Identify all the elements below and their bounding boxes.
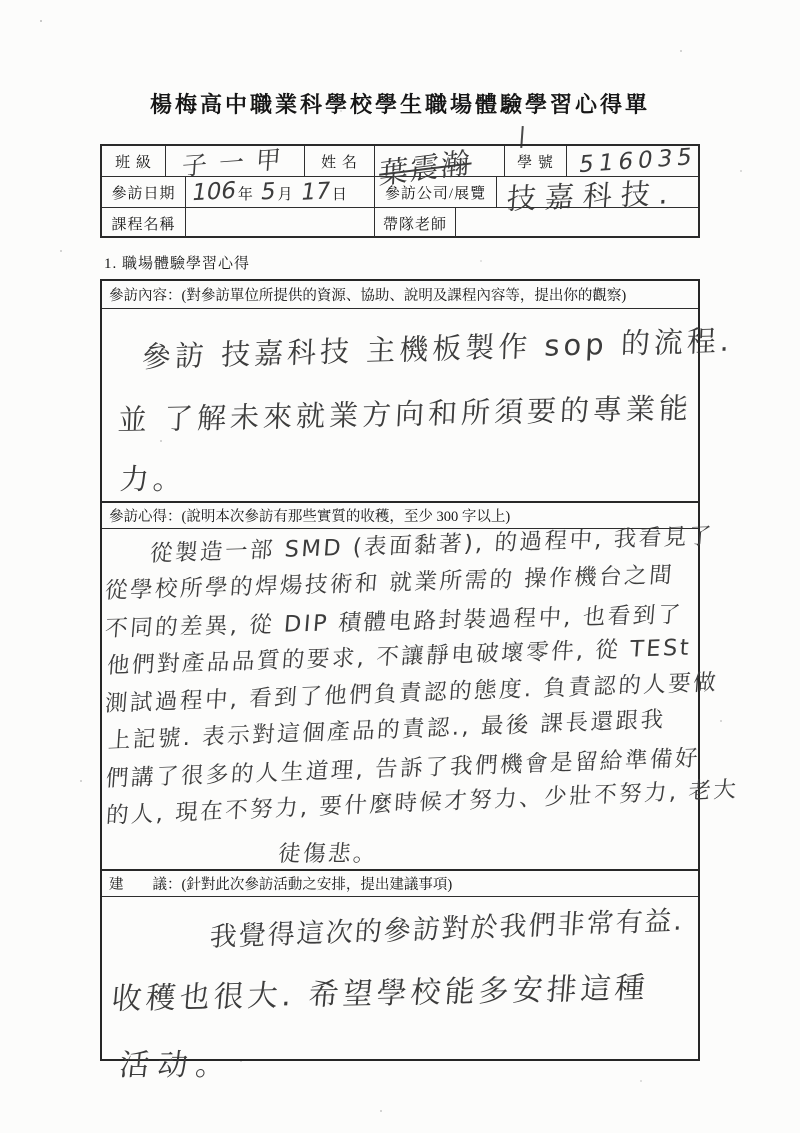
visit-reflection-answer: 從製造一部 SMD (表面黏著), 的過程中, 我看見了 從學校所學的焊煬技術和… <box>102 529 698 869</box>
handwritten-line: 不同的差異, 從 DIP 積體电路封裝過程中, 也看到了 <box>104 602 699 642</box>
course-value-cell <box>186 208 375 238</box>
table-row: 參訪日期 106 年 5 月 17 日 參訪公司/展覽 技嘉科技. <box>102 177 698 208</box>
day-unit-label: 日 <box>332 183 347 204</box>
teacher-value-cell <box>456 208 698 238</box>
year-unit-label: 年 <box>238 183 253 204</box>
visit-day-handwritten: 17 <box>299 178 332 206</box>
handwritten-line: 並 了解未來就業方向和所須要的專業能 <box>117 386 699 439</box>
handwritten-line: 徒傷悲。 <box>277 842 700 867</box>
table-row: 課程名稱 帶隊老師 <box>102 208 698 238</box>
handwritten-line: 從製造一部 SMD (表面黏著), 的過程中, 我看見了 <box>149 524 699 566</box>
visit-content-answer: 參訪 技嘉科技 主機板製作 sop 的流程. 並 了解未來就業方向和所須要的專業… <box>102 309 698 501</box>
class-label: 班 級 <box>102 146 166 176</box>
course-label: 課程名稱 <box>102 208 186 238</box>
section-heading: 1. 職場體驗學習心得 <box>104 252 250 273</box>
form-title: 楊梅高中職業科學校學生職場體驗學習心得單 <box>0 88 800 119</box>
handwritten-line: 參訪 技嘉科技 主機板製作 sop 的流程. <box>141 319 699 376</box>
scanned-form-page: { "document": { "title": "楊梅高中職業科學校學生職場體… <box>0 0 800 1133</box>
student-id-label: 學 號 <box>505 146 567 176</box>
student-info-table: 班 級 子一甲 姓 名 葉震瀚 學 號 516035 參訪日期 106 年 5 … <box>100 144 700 238</box>
table-row: 班 級 子一甲 姓 名 葉震瀚 學 號 516035 <box>102 146 698 177</box>
month-unit-label: 月 <box>278 183 293 204</box>
company-label: 參訪公司/展覽 <box>375 177 497 207</box>
name-value-cell: 葉震瀚 <box>375 146 505 176</box>
visit-month-handwritten: 5 <box>259 178 278 205</box>
visit-content-header: 參訪內容：(對參訪單位所提供的資源、協助、說明及課程內容等，提出你的觀察) <box>102 281 698 309</box>
name-label: 姓 名 <box>305 146 375 176</box>
teacher-label: 帶隊老師 <box>375 208 456 238</box>
handwritten-line: 我覺得這次的參訪對於我們非常有益. <box>209 898 699 954</box>
suggestion-answer: 我覺得這次的參訪對於我們非常有益. 收穫也很大. 希望學校能多安排這種 活动。 <box>102 897 698 1061</box>
handwritten-line: 活动。 <box>118 1040 701 1084</box>
company-value-cell: 技嘉科技. <box>497 177 698 207</box>
visit-date-label: 參訪日期 <box>102 177 186 207</box>
handwritten-line: 力。 <box>119 457 700 498</box>
visit-date-value-cell: 106 年 5 月 17 日 <box>186 177 375 207</box>
response-box: 參訪內容：(對參訪單位所提供的資源、協助、說明及課程內容等，提出你的觀察) 參訪… <box>100 279 700 1061</box>
handwritten-line: 收穫也很大. 希望學校能多安排這種 <box>110 962 700 1018</box>
handwritten-line: 從學校所學的焊煬技術和 就業所需的 操作機台之間 <box>104 562 699 604</box>
class-value-cell: 子一甲 <box>166 146 305 176</box>
visit-year-handwritten: 106 <box>190 178 238 207</box>
visit-reflection-header: 參訪心得：(說明本次參訪有那些實質的收穫，至少 300 字以上) <box>102 501 698 529</box>
scan-noise <box>40 20 42 22</box>
suggestion-header: 建 議：(針對此次參訪活動之安排，提出建議事項) <box>102 869 698 897</box>
